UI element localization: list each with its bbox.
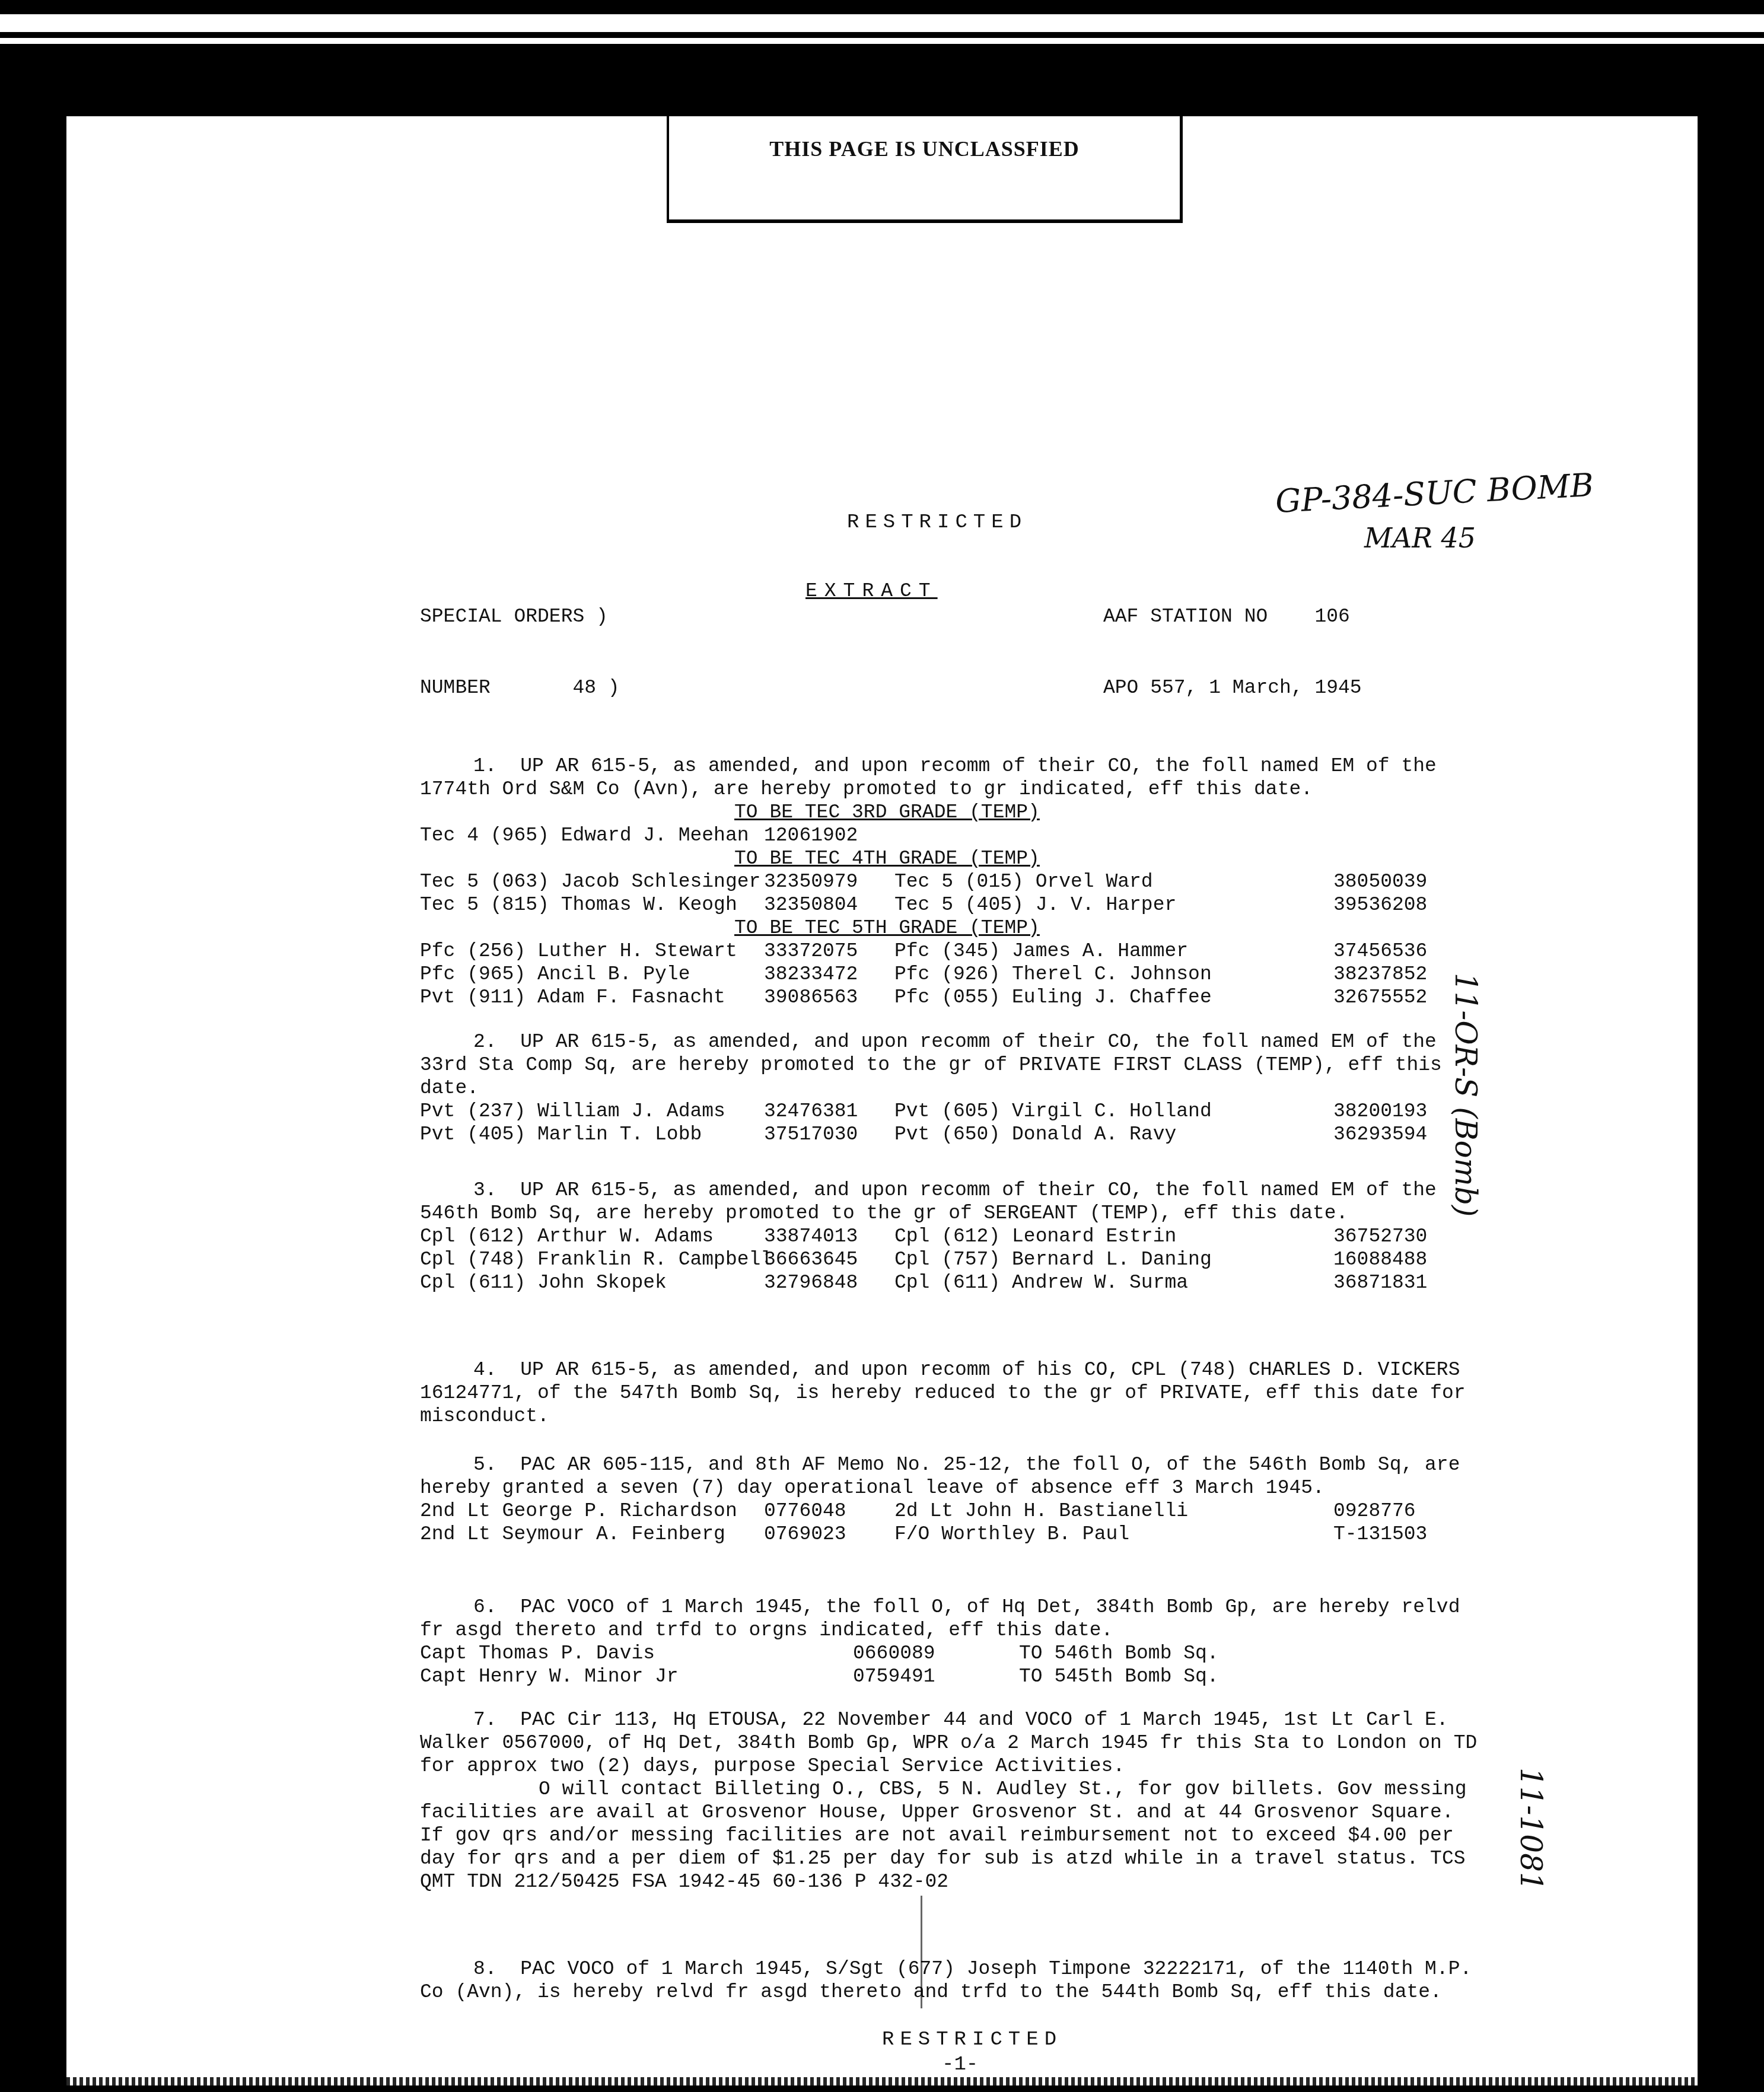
order-paragraph-3: 3. UP AR 615-5, as amended, and upon rec… xyxy=(420,1179,1482,1294)
table-row: Pfc (256) Luther H. Stewart 33372075 Pfc… xyxy=(420,940,1482,963)
grade-heading: TO BE TEC 5TH GRADE (TEMP) xyxy=(734,916,1482,940)
classification-bottom: RESTRICTED xyxy=(882,2029,1062,2051)
special-orders-label: SPECIAL ORDERS ) xyxy=(420,605,620,629)
paragraph-text: UP AR 615-5, as amended, and upon recomm… xyxy=(420,755,1437,800)
paragraph-number: 4. xyxy=(473,1359,497,1381)
order-paragraph-1: 1. UP AR 615-5, as amended, and upon rec… xyxy=(420,754,1482,1009)
classification-top: RESTRICTED xyxy=(847,511,1027,534)
table-row: 2nd Lt George P. Richardson 0776048 2d L… xyxy=(420,1499,1482,1523)
banner-label: THIS PAGE IS UNCLASSFIED xyxy=(669,136,1180,161)
scanner-edge-strip xyxy=(0,14,1764,44)
paragraph-number: 8. xyxy=(473,1958,497,1980)
orders-number: NUMBER 48 ) xyxy=(420,676,620,700)
paragraph-text: PAC VOCO of 1 March 1945, S/Sgt (677) Jo… xyxy=(420,1958,1472,2003)
unclassified-banner: THIS PAGE IS UNCLASSFIED xyxy=(667,116,1183,223)
table-row: Cpl (611) John Skopek 32796848 Cpl (611)… xyxy=(420,1271,1482,1294)
handwritten-date-ref: MAR 45 xyxy=(1364,522,1476,554)
order-paragraph-5: 5. PAC AR 605-115, and 8th AF Memo No. 2… xyxy=(420,1453,1482,1546)
grade-heading: TO BE TEC 4TH GRADE (TEMP) xyxy=(734,847,1482,870)
table-row: Pvt (911) Adam F. Fasnacht 39086563 Pfc … xyxy=(420,986,1482,1009)
handwritten-bottom-ref: 11-1081 xyxy=(1514,1768,1548,1891)
order-paragraph-4: 4. UP AR 615-5, as amended, and upon rec… xyxy=(420,1358,1482,1428)
table-row: Pvt (237) William J. Adams 32476381 Pvt … xyxy=(420,1100,1482,1123)
orders-header: SPECIAL ORDERS ) NUMBER 48 ) xyxy=(420,558,620,724)
paragraph-text: UP AR 615-5, as amended, and upon recomm… xyxy=(420,1031,1442,1099)
apo-date: APO 557, 1 March, 1945 xyxy=(1103,676,1362,700)
order-paragraph-7: 7. PAC Cir 113, Hq ETOUSA, 22 November 4… xyxy=(420,1708,1482,1893)
table-row: Tec 5 (815) Thomas W. Keogh 32350804 Tec… xyxy=(420,893,1482,916)
extract-title: EXTRACT xyxy=(805,580,938,602)
table-row: Cpl (612) Arthur W. Adams 33874013 Cpl (… xyxy=(420,1225,1482,1248)
table-row: Capt Henry W. Minor Jr 0759491 TO 545th … xyxy=(420,1665,1482,1688)
paragraph-number: 7. xyxy=(473,1709,497,1731)
page-crease xyxy=(921,1896,922,2008)
paragraph-text: UP AR 615-5, as amended, and upon recomm… xyxy=(420,1359,1466,1427)
paragraph-subtext: O will contact Billeting O., CBS, 5 N. A… xyxy=(420,1778,1482,1893)
station-number: AAF STATION NO 106 xyxy=(1103,605,1362,629)
paragraph-text: PAC AR 605-115, and 8th AF Memo No. 25-1… xyxy=(420,1454,1460,1499)
order-paragraph-6: 6. PAC VOCO of 1 March 1945, the foll O,… xyxy=(420,1596,1482,1688)
table-row: Tec 4 (965) Edward J. Meehan 12061902 xyxy=(420,824,1482,847)
table-row: Cpl (748) Franklin R. Campbell 36663645 … xyxy=(420,1248,1482,1271)
table-row: Capt Thomas P. Davis 0660089 TO 546th Bo… xyxy=(420,1642,1482,1665)
page-number: -1- xyxy=(942,2053,978,2076)
station-header: AAF STATION NO 106 APO 557, 1 March, 194… xyxy=(1103,558,1362,724)
paragraph-text: UP AR 615-5, as amended, and upon recomm… xyxy=(420,1179,1437,1224)
table-row: Tec 5 (063) Jacob Schlesinger 32350979 T… xyxy=(420,870,1482,893)
table-row: Pvt (405) Marlin T. Lobb 37517030 Pvt (6… xyxy=(420,1123,1482,1146)
paragraph-text: PAC Cir 113, Hq ETOUSA, 22 November 44 a… xyxy=(420,1709,1477,1777)
grade-heading: TO BE TEC 3RD GRADE (TEMP) xyxy=(734,801,1482,824)
paragraph-number: 3. xyxy=(473,1179,497,1201)
order-paragraph-2: 2. UP AR 615-5, as amended, and upon rec… xyxy=(420,1030,1482,1146)
paragraph-text: PAC VOCO of 1 March 1945, the foll O, of… xyxy=(420,1596,1460,1641)
order-paragraph-8: 8. PAC VOCO of 1 March 1945, S/Sgt (677)… xyxy=(420,1957,1482,2004)
paragraph-number: 2. xyxy=(473,1031,497,1053)
table-row: Pfc (965) Ancil B. Pyle 38233472 Pfc (92… xyxy=(420,963,1482,986)
table-row: 2nd Lt Seymour A. Feinberg 0769023 F/O W… xyxy=(420,1523,1482,1546)
paragraph-number: 1. xyxy=(473,755,497,777)
paragraph-number: 6. xyxy=(473,1596,497,1618)
paragraph-number: 5. xyxy=(473,1454,497,1476)
